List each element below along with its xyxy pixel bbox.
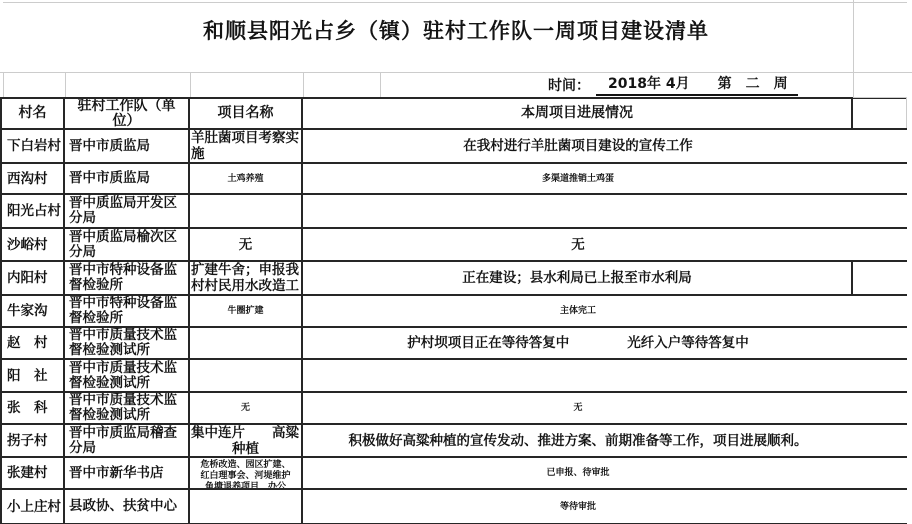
cell-project: 牛圈扩建 (190, 296, 303, 326)
cell-unit: 晋中市质监局 (65, 164, 190, 193)
cell-unit: 晋中质监局开发区分局 (65, 195, 190, 227)
header-progress: 本周项目进展情况 (303, 99, 853, 128)
time-row: 时间： 2018年 4月 第 二 周 (0, 72, 907, 97)
cell-village: 西沟村 (0, 164, 65, 193)
table-row: 下白岩村 晋中市质监局 羊肚菌项目考察实施 在我村进行羊肚菌项目建设的宣传工作 (0, 130, 907, 164)
cell-unit: 晋中质监局榆次区分局 (65, 229, 190, 260)
project-line-3: 鱼塘退养项目 办公 (191, 482, 300, 488)
table-row: 阳光占村 晋中质监局开发区分局 (0, 195, 907, 229)
cell-unit: 晋中市质量技术监督检验测试所 (65, 393, 190, 423)
cell-progress (303, 360, 907, 391)
cell-village: 下白岩村 (0, 130, 65, 162)
cell-progress: 无 (303, 393, 907, 423)
time-value: 2018年 4月 第 二 周 (596, 73, 798, 96)
cell-progress: 主体完工 (303, 296, 907, 326)
cell-project: 羊肚菌项目考察实施 (190, 130, 303, 162)
cell-project (190, 490, 303, 523)
header-village: 村名 (0, 99, 65, 128)
cell-project: 集中连片 高粱 种植 (190, 425, 303, 456)
cell-unit: 晋中市特种设备监督检验所 (65, 296, 190, 326)
cell-progress-extra (853, 262, 907, 294)
project-line-1: 危桥改造、园区扩建、 (191, 460, 300, 471)
cell-village: 内阳村 (0, 262, 65, 294)
project-table: 村名 驻村工作队（单位） 项目名称 本周项目进展情况 下白岩村 晋中市质监局 羊… (0, 97, 907, 524)
table-row: 张 科 晋中市质量技术监督检验测试所 无 无 (0, 393, 907, 425)
gridline (3, 2, 907, 3)
cell-project: 危桥改造、园区扩建、 红白理事会、河堤维护 鱼塘退养项目 办公 (190, 458, 303, 488)
table-row: 阳 社 晋中市质量技术监督检验测试所 (0, 360, 907, 393)
progress-note-2: 光纤入户等待答复中 (627, 335, 749, 351)
table-row: 西沟村 晋中市质监局 土鸡养殖 多渠道推销土鸡蛋 (0, 164, 907, 195)
weekly-project-sheet: 和顺县阳光占乡（镇）驻村工作队一周项目建设清单 时间： 2018年 4月 第 二… (0, 0, 912, 524)
cell-unit: 晋中市质量技术监督检验测试所 (65, 328, 190, 358)
cell-progress: 护村坝项目正在等待答复中 光纤入户等待答复中 (303, 328, 907, 358)
cell-progress: 在我村进行羊肚菌项目建设的宣传工作 (303, 130, 907, 162)
cell-village: 牛家沟 (0, 296, 65, 326)
cell-project (190, 328, 303, 358)
table-row: 赵 村 晋中市质量技术监督检验测试所 护村坝项目正在等待答复中 光纤入户等待答复… (0, 328, 907, 360)
table-row: 内阳村 晋中市特种设备监督检验所 扩建牛舍；申报我村村民用水改造工 正在建设；县… (0, 262, 907, 296)
cell-progress: 已申报、待审批 (303, 458, 907, 488)
cell-unit: 晋中市质监局 (65, 130, 190, 162)
page-title: 和顺县阳光占乡（镇）驻村工作队一周项目建设清单 (0, 16, 912, 46)
project-line-2: 种植 (191, 441, 300, 457)
cell-progress: 等待审批 (303, 490, 907, 523)
cell-unit: 县政协、扶贫中心 (65, 490, 190, 523)
progress-note-1: 护村坝项目正在等待答复中 (407, 335, 569, 351)
cell-project: 无 (190, 229, 303, 260)
time-label: 时间： (548, 75, 590, 95)
project-line-1: 集中连片 高粱 (191, 425, 300, 441)
header-spare-cell (853, 97, 907, 128)
cell-project (190, 360, 303, 391)
cell-village: 阳 社 (0, 360, 65, 391)
cell-village: 拐子村 (0, 425, 65, 456)
cell-village: 阳光占村 (0, 195, 65, 227)
cell-village: 小上庄村 (0, 490, 65, 523)
cell-unit: 晋中市质量技术监督检验测试所 (65, 360, 190, 391)
cell-unit: 晋中市质监局稽查分局 (65, 425, 190, 456)
cell-village: 张建村 (0, 458, 65, 488)
table-row: 张建村 晋中市新华书店 危桥改造、园区扩建、 红白理事会、河堤维护 鱼塘退养项目… (0, 458, 907, 490)
table-header-row: 村名 驻村工作队（单位） 项目名称 本周项目进展情况 (0, 97, 907, 130)
project-line-2: 红白理事会、河堤维护 (191, 471, 300, 482)
cell-progress: 无 (303, 229, 907, 260)
cell-project: 土鸡养殖 (190, 164, 303, 193)
cell-progress: 多渠道推销土鸡蛋 (303, 164, 907, 193)
cell-village: 沙峪村 (0, 229, 65, 260)
table-row: 牛家沟 晋中市特种设备监督检验所 牛圈扩建 主体完工 (0, 296, 907, 328)
table-row: 沙峪村 晋中质监局榆次区分局 无 无 (0, 229, 907, 262)
cell-unit: 晋中市新华书店 (65, 458, 190, 488)
cell-progress: 积极做好高粱种植的宣传发动、推进方案、前期准备等工作，项目进展顺利。 (303, 425, 907, 456)
table-row: 拐子村 晋中市质监局稽查分局 集中连片 高粱 种植 积极做好高粱种植的宣传发动、… (0, 425, 907, 458)
cell-village: 赵 村 (0, 328, 65, 358)
header-team: 驻村工作队（单位） (65, 99, 190, 128)
cell-project: 无 (190, 393, 303, 423)
cell-progress: 正在建设；县水利局已上报至市水利局 (303, 262, 853, 294)
cell-project (190, 195, 303, 227)
cell-project: 扩建牛舍；申报我村村民用水改造工 (190, 262, 303, 294)
cell-village: 张 科 (0, 393, 65, 423)
cell-progress (303, 195, 907, 227)
cell-unit: 晋中市特种设备监督检验所 (65, 262, 190, 294)
header-project: 项目名称 (190, 99, 303, 128)
table-row: 小上庄村 县政协、扶贫中心 等待审批 (0, 490, 907, 524)
